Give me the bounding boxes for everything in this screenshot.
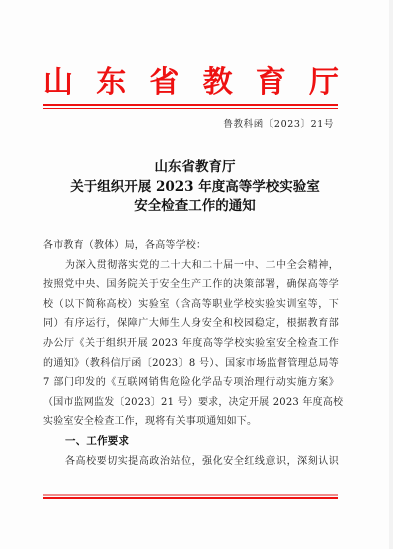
footer-divider-thick (43, 497, 338, 500)
paragraph-line: 7 部门印发的《互联网销售危险化学品专项治理行动实施方案》 (43, 373, 339, 393)
paragraph-line: 为深入贯彻落实党的二十大和二十届一中、二中全会精神， (43, 256, 339, 276)
issuing-authority-header: 山 东 省 教 育 厅 (43, 66, 339, 100)
paragraph-line: （国市监网监发〔2023〕21 号）要求，决定开展 2023 年度高校 (43, 393, 339, 413)
salutation: 各市教育（教体）局，各高等学校： (43, 236, 339, 256)
header-char: 山 (43, 66, 73, 100)
paragraph-line: 实验室安全检查工作，现将有关事项通知如下。 (43, 412, 339, 432)
header-divider-thin (43, 108, 338, 109)
header-char: 教 (203, 66, 233, 100)
document-body: 各市教育（教体）局，各高等学校： 为深入贯彻落实党的二十大和二十届一中、二中全会… (43, 236, 339, 471)
paragraph-line: 办公厅《关于组织开展 2023 年度高等学校实验室安全检查工作 (43, 334, 339, 354)
header-char: 省 (149, 66, 179, 100)
header-char: 育 (256, 66, 286, 100)
header-char: 厅 (309, 66, 339, 100)
paragraph-line: 按照党中央、国务院关于安全生产工作的决策部署，确保高等学 (43, 275, 339, 295)
paragraph-line: 同）有序运行，保障广大师生人身安全和校园稳定，根据教育部 (43, 314, 339, 334)
document-number: 鲁教科函〔2023〕21号 (223, 119, 334, 131)
document-page: 山 东 省 教 育 厅 鲁教科函〔2023〕21号 山东省教育厅 关于组织开展 … (0, 0, 389, 549)
title-line-2: 关于组织开展 2023 年度高等学校实验室 (30, 178, 360, 198)
paragraph-line: 校（以下简称高校）实验室（含高等职业学校实验实训室等，下 (43, 295, 339, 315)
header-char: 东 (96, 66, 126, 100)
section-heading: 一、工作要求 (43, 432, 339, 452)
paragraph-line: 各高校要切实提高政治站位，强化安全红线意识，深刻认识 (43, 452, 339, 472)
paragraph-line: 的通知》（教科信厅函〔2023〕8 号）、国家市场监督管理总局等 (43, 354, 339, 374)
title-line-3: 安全检查工作的通知 (30, 197, 360, 217)
header-divider-thick (43, 104, 338, 106)
document-title: 山东省教育厅 关于组织开展 2023 年度高等学校实验室 安全检查工作的通知 (30, 158, 360, 217)
footer-divider-thin (43, 494, 338, 496)
scrollbar-track[interactable] (389, 0, 393, 549)
title-line-1: 山东省教育厅 (30, 158, 360, 178)
